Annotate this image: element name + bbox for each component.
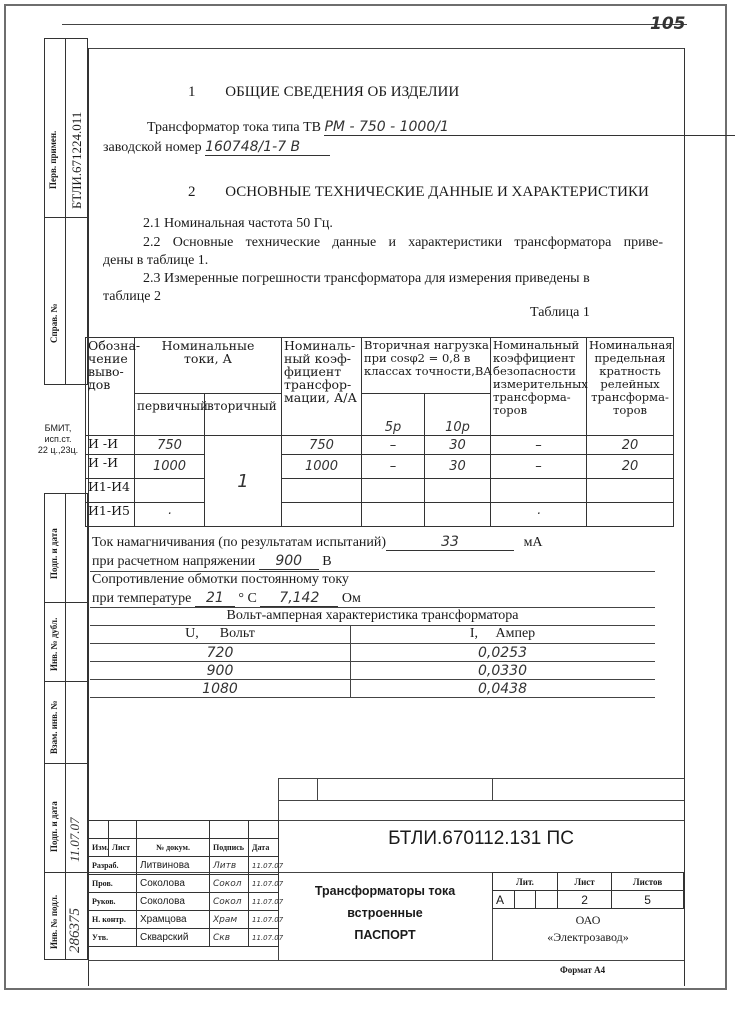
tb-line	[278, 820, 684, 821]
sign-name: Соколова	[137, 875, 210, 893]
organization: ОАО «Электрозавод»	[492, 912, 684, 946]
podp-data2-value-cell: 11.07.07	[65, 763, 88, 873]
section1-title: ОБЩИЕ СВЕДЕНИЯ ОБ ИЗДЕЛИИ	[225, 84, 459, 100]
col-list: Лист	[109, 839, 137, 857]
section1-heading: 1 ОБЩИЕ СВЕДЕНИЯ ОБ ИЗДЕЛИИ	[188, 84, 459, 100]
vzam-inv-label: Взам. инв. №	[49, 700, 59, 754]
lit-empty	[536, 891, 558, 909]
paragraph-2-1: 2.1 Номинальная частота 50 Гц.	[143, 216, 333, 232]
cell-primary: 750	[135, 436, 205, 455]
cell-load-5p: –	[362, 436, 425, 455]
table1-caption: Таблица 1	[530, 305, 590, 321]
cell-limit	[587, 479, 674, 503]
cell-safety: –	[491, 455, 587, 479]
list-value: 2	[558, 891, 612, 909]
cell-load-10p	[425, 503, 491, 527]
sign-role: Руков.	[89, 893, 137, 911]
magnetizing-unit: мА	[524, 535, 543, 550]
section2-heading: 2 ОСНОВНЫЕ ТЕХНИЧЕСКИЕ ДАННЫЕ И ХАРАКТЕР…	[188, 184, 649, 200]
cell-primary	[135, 479, 205, 503]
sign-role: Пров.	[89, 875, 137, 893]
sign-signature: Сокол	[210, 893, 249, 911]
paragraph-2-2-line2: дены в таблице 1.	[103, 253, 208, 269]
sign-signature: Скв	[210, 929, 249, 947]
rated-voltage-unit: В	[322, 554, 331, 569]
tb-line	[317, 778, 318, 800]
cell-safety: –	[491, 436, 587, 455]
col-sign: Подпись	[210, 839, 249, 857]
cell-secondary: 1	[205, 436, 282, 527]
sprav-label: Справ. №	[49, 303, 59, 343]
sign-signature: Храм	[210, 911, 249, 929]
organization-line2: «Электрозавод»	[492, 929, 684, 946]
cell-ratio	[282, 479, 362, 503]
th-class-5p: 5р	[362, 394, 425, 436]
va-u-value: 720	[90, 645, 350, 661]
cell-load-10p: 30	[425, 455, 491, 479]
table-row: И -И 1000 1000 – 30 – 20	[86, 455, 674, 479]
organization-line1: ОАО	[492, 912, 684, 929]
resistance-temp-value: 21	[195, 590, 235, 607]
sign-name: Скварский	[137, 929, 210, 947]
inv-podl-label-cell: Инв. № подл.	[44, 872, 66, 960]
section1-number: 1	[188, 84, 196, 100]
sheet-info-table: Лит. Лист Листов А 2 5	[492, 872, 684, 909]
cell-load-10p	[425, 479, 491, 503]
cell-limit: 20	[587, 436, 674, 455]
vzam-inv-label-cell: Взам. инв. №	[44, 681, 66, 764]
page-number: 105	[650, 14, 686, 34]
product-name: Трансформаторы тока встроенные ПАСПОРТ	[278, 880, 492, 946]
cell-ratio	[282, 503, 362, 527]
inv-dubl-value-cell	[65, 602, 88, 682]
va-i-value: 0,0438	[350, 681, 655, 697]
rated-voltage-value: 900	[259, 553, 319, 570]
lit-empty	[514, 891, 536, 909]
cell-load-10p: 30	[425, 436, 491, 455]
resistance-label: Сопротивление обмотки постоянному току	[92, 572, 349, 588]
podp-data2-value: 11.07.07	[67, 817, 83, 862]
lit-label: Лит.	[493, 873, 558, 891]
sign-role: Н. контр.	[89, 911, 137, 929]
va-u-value: 900	[90, 663, 350, 679]
divider	[90, 679, 655, 680]
frame-top-line	[62, 24, 687, 25]
inv-dubl-label-cell: Инв. № дубл.	[44, 602, 66, 682]
sign-date: 11.07.07	[249, 857, 279, 875]
list-label: Лист	[558, 873, 612, 891]
paragraph-2-3-line1: 2.3 Измеренные погрешности трансформатор…	[143, 271, 663, 287]
inv-dubl-label: Инв. № дубл.	[49, 618, 59, 671]
signature-row: Утв. Скварский Скв 11.07.07	[89, 929, 279, 947]
sign-name: Храмцова	[137, 911, 210, 929]
rated-voltage-label: при расчетном напряжении	[92, 554, 255, 569]
divider	[90, 643, 655, 644]
transformer-type-label: Трансформатор тока типа ТВ	[147, 120, 321, 135]
th-nominal-currents: Номинальные токи, А	[135, 338, 282, 394]
rated-voltage-line: при расчетном напряжении 900 В	[92, 553, 332, 570]
th-safety: Номинальный коэффициент безопасности изм…	[491, 338, 587, 436]
table1: Обозна- чение выво- дов Номинальные токи…	[85, 337, 674, 527]
tb-line	[278, 800, 684, 801]
doc-code: БТЛИ.670112.131 ПС	[278, 828, 684, 850]
podp-data-label: Подп. и дата	[49, 528, 59, 579]
signature-row: Разраб. Литвинова Литв 11.07.07	[89, 857, 279, 875]
signature-row: Н. контр. Храмцова Храм 11.07.07	[89, 911, 279, 929]
magnetizing-line: Ток намагничивания (по результатам испыт…	[92, 534, 543, 551]
cell-safety	[491, 479, 587, 503]
stamp-note-line: 22 ц.,23ц.	[30, 445, 86, 456]
inv-podl-value-cell: 286375	[65, 872, 88, 960]
paragraph-2-3-line2: таблице 2	[103, 289, 161, 305]
cell-designation: И1-И5	[86, 503, 135, 527]
divider	[90, 661, 655, 662]
col-izm: Изм.	[89, 839, 109, 857]
sign-date: 11.07.07	[249, 875, 279, 893]
divider	[90, 697, 655, 698]
cell-designation: И -И	[86, 436, 135, 455]
cell-limit	[587, 503, 674, 527]
vzam-inv-value-cell	[65, 681, 88, 764]
col-date: Дата	[249, 839, 279, 857]
podp-data2-label: Подп. и дата	[49, 801, 59, 852]
section2-number: 2	[188, 184, 196, 200]
cell-primary: ·	[135, 503, 205, 527]
serial-number-line: заводской номер 160748/1-7 В	[103, 139, 330, 156]
th-load: Вторичная нагрузка при cosφ2 = 0,8 в кла…	[362, 338, 491, 394]
cell-load-5p	[362, 503, 425, 527]
resistance-unit: Ом	[342, 591, 361, 606]
stamp-note-line: исп.ст.	[30, 434, 86, 445]
listov-value: 5	[612, 891, 684, 909]
cell-safety: ·	[491, 503, 587, 527]
podp-data-label-cell: Подп. и дата	[44, 493, 66, 603]
listov-label: Листов	[612, 873, 684, 891]
resistance-value: 7,142	[260, 590, 338, 607]
inv-podl-value: 286375	[67, 908, 84, 953]
product-name-line3: ПАСПОРТ	[278, 924, 492, 946]
perv-primen-label: Перв. примен.	[48, 131, 58, 189]
th-class-10p: 10р	[425, 394, 491, 436]
serial-number-value: 160748/1-7 В	[205, 139, 330, 156]
cell-load-5p: –	[362, 455, 425, 479]
signature-row: Руков. Соколова Сокол 11.07.07	[89, 893, 279, 911]
va-col-u: U, Вольт	[90, 626, 350, 642]
tb-line	[492, 778, 493, 800]
cell-ratio: 1000	[282, 455, 362, 479]
tb-line	[278, 778, 684, 779]
resistance-temp-label: при температуре	[92, 591, 191, 606]
signature-row: Пров. Соколова Сокол 11.07.07	[89, 875, 279, 893]
sprav-label-cell: Справ. №	[44, 217, 66, 385]
table-row: И -И 750 1 750 – 30 – 20	[86, 436, 674, 455]
sign-role: Разраб.	[89, 857, 137, 875]
serial-number-label: заводской номер	[103, 140, 202, 155]
perv-primen-value: БТЛИ.671224.011	[69, 112, 85, 209]
cell-ratio: 750	[282, 436, 362, 455]
th-primary: первичный	[135, 394, 205, 436]
table-row: И1-И5 · ·	[86, 503, 674, 527]
inv-podl-label: Инв. № подл.	[49, 895, 59, 949]
lit-value: А	[493, 891, 515, 909]
th-designation: Обозна- чение выво- дов	[86, 338, 135, 436]
transformer-type-line: Трансформатор тока типа ТВ РМ - 750 - 10…	[147, 119, 735, 136]
cell-limit: 20	[587, 455, 674, 479]
product-name-line1: Трансформаторы тока	[278, 880, 492, 902]
col-doc: № докум.	[137, 839, 210, 857]
cell-load-5p	[362, 479, 425, 503]
th-limit: Номинальная предельная кратность релейны…	[587, 338, 674, 436]
paragraph-2-2-line1: 2.2 Основные технические данные и характ…	[143, 235, 663, 251]
resistance-line: при температуре 21 ° С 7,142 Ом	[92, 590, 361, 607]
va-col-i: I, Ампер	[350, 626, 655, 642]
transformer-type-value: РМ - 750 - 1000/1	[324, 119, 735, 136]
sign-name: Соколова	[137, 893, 210, 911]
th-secondary: вторичный	[205, 394, 282, 436]
perv-primen-label-cell: Перв. примен.	[44, 38, 66, 218]
sign-signature: Сокол	[210, 875, 249, 893]
signature-table: Изм. Лист № докум. Подпись Дата Разраб. …	[88, 820, 279, 947]
resistance-temp-unit: ° С	[238, 591, 256, 606]
product-name-line2: встроенные	[278, 902, 492, 924]
th-ratio: Номиналь- ный коэф- фициент трансфор- ма…	[282, 338, 362, 436]
podp-data2-label-cell: Подп. и дата	[44, 763, 66, 873]
cell-primary: 1000	[135, 455, 205, 479]
cell-designation: И -И	[86, 455, 135, 479]
va-u-value: 1080	[90, 681, 350, 697]
perv-primen-value-cell: БТЛИ.671224.011	[65, 38, 88, 218]
sign-date: 11.07.07	[249, 911, 279, 929]
va-table-title: Вольт-амперная характеристика трансформа…	[90, 608, 655, 624]
format-label: Формат А4	[560, 965, 605, 975]
sign-date: 11.07.07	[249, 893, 279, 911]
stamp-note-line: БМИТ,	[30, 423, 86, 434]
sign-name: Литвинова	[137, 857, 210, 875]
sign-role: Утв.	[89, 929, 137, 947]
stamp-note: БМИТ, исп.ст. 22 ц.,23ц.	[30, 423, 86, 456]
section2-title: ОСНОВНЫЕ ТЕХНИЧЕСКИЕ ДАННЫЕ И ХАРАКТЕРИС…	[225, 184, 649, 200]
sign-date: 11.07.07	[249, 929, 279, 947]
table-row: И1-И4	[86, 479, 674, 503]
va-i-value: 0,0330	[350, 663, 655, 679]
tb-line	[88, 960, 684, 961]
va-i-value: 0,0253	[350, 645, 655, 661]
magnetizing-label: Ток намагничивания (по результатам испыт…	[92, 535, 386, 550]
sign-signature: Литв	[210, 857, 249, 875]
magnetizing-value: 33	[386, 534, 514, 551]
cell-designation: И1-И4	[86, 479, 135, 503]
